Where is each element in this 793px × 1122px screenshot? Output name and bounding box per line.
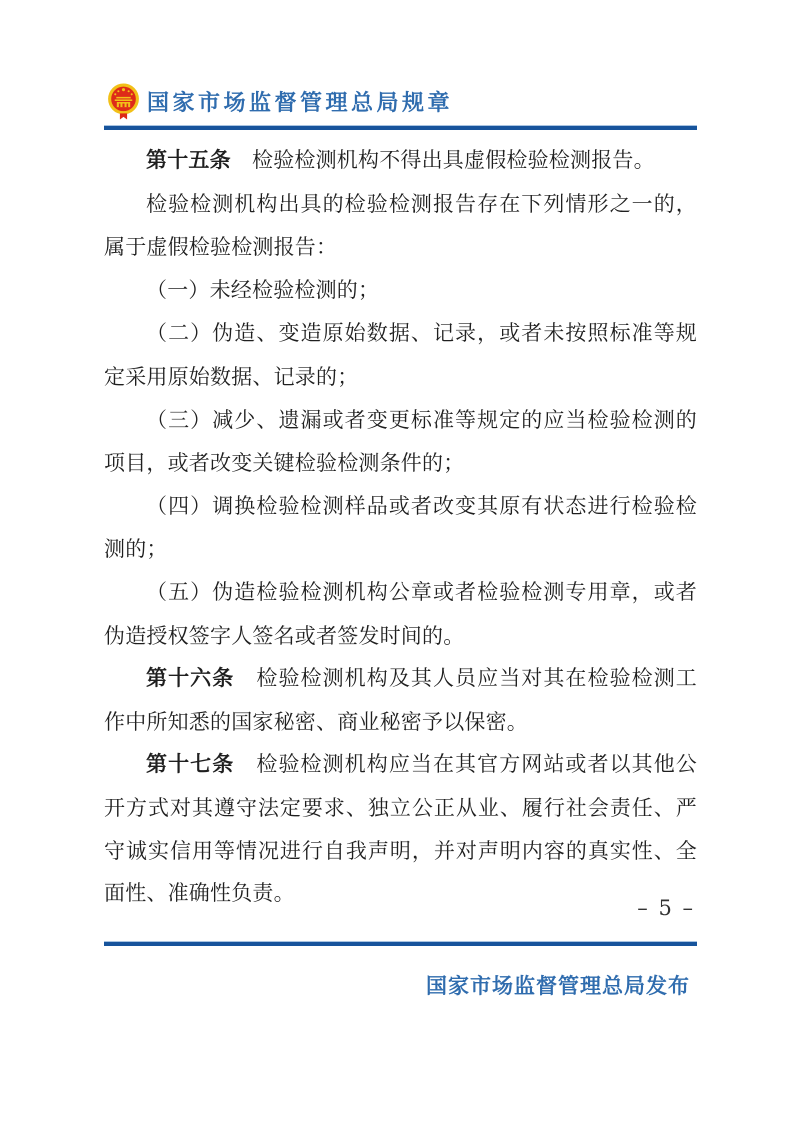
list-item-2: （二）伪造、变造原始数据、记录，或者未按照标准等规定采用原始数据、记录的； — [104, 312, 697, 398]
article-text: （三）减少、遗漏或者变更标准等规定的应当检验检测的项目，或者改变关键检验检测条件… — [104, 408, 697, 476]
article-text: （一）未经检验检测的； — [146, 278, 379, 302]
article-16-paragraph: 第十六条 检验检测机构及其人员应当对其在检验检测工作中所知悉的国家秘密、商业秘密… — [104, 657, 697, 743]
list-item-1: （一）未经检验检测的； — [104, 269, 697, 313]
page-number: – 5 – — [637, 896, 695, 920]
document-page: 国家市场监督管理总局规章 第十五条 检验检测机构不得出具虚假检验检测报告。 检验… — [0, 0, 793, 1122]
header-rule — [104, 125, 697, 130]
header-title: 国家市场监督管理总局规章 — [147, 86, 453, 117]
article-text: 检验检测机构出具的检验检测报告存在下列情形之一的，属于虚假检验检测报告： — [104, 192, 697, 260]
article-text: （四）调换检验检测样品或者改变其原有状态进行检验检测的； — [104, 494, 697, 562]
footer-rule — [104, 941, 697, 946]
list-item-5: （五）伪造检验检测机构公章或者检验检测专用章，或者伪造授权签字人签名或者签发时间… — [104, 571, 697, 657]
article-number: 第十五条 — [146, 149, 231, 172]
footer-publisher: 国家市场监督管理总局发布 — [426, 970, 690, 1000]
article-text: 检验检测机构不得出具虚假检验检测报告。 — [231, 148, 655, 172]
article-17-paragraph: 第十七条 检验检测机构应当在其官方网站或者以其他公开方式对其遵守法定要求、独立公… — [104, 743, 697, 914]
national-emblem-icon — [107, 83, 140, 120]
document-body: 第十五条 检验检测机构不得出具虚假检验检测报告。 检验检测机构出具的检验检测报告… — [104, 139, 697, 915]
article-15-paragraph: 第十五条 检验检测机构不得出具虚假检验检测报告。 — [104, 139, 697, 183]
paragraph: 检验检测机构出具的检验检测报告存在下列情形之一的，属于虚假检验检测报告： — [104, 183, 697, 269]
list-item-4: （四）调换检验检测样品或者改变其原有状态进行检验检测的； — [104, 485, 697, 571]
list-item-3: （三）减少、遗漏或者变更标准等规定的应当检验检测的项目，或者改变关键检验检测条件… — [104, 399, 697, 485]
article-number: 第十六条 — [146, 667, 234, 690]
document-header: 国家市场监督管理总局规章 — [107, 83, 453, 120]
article-text: （五）伪造检验检测机构公章或者检验检测专用章，或者伪造授权签字人签名或者签发时间… — [104, 580, 697, 648]
article-number: 第十七条 — [146, 753, 234, 776]
article-text: （二）伪造、变造原始数据、记录，或者未按照标准等规定采用原始数据、记录的； — [104, 321, 697, 389]
